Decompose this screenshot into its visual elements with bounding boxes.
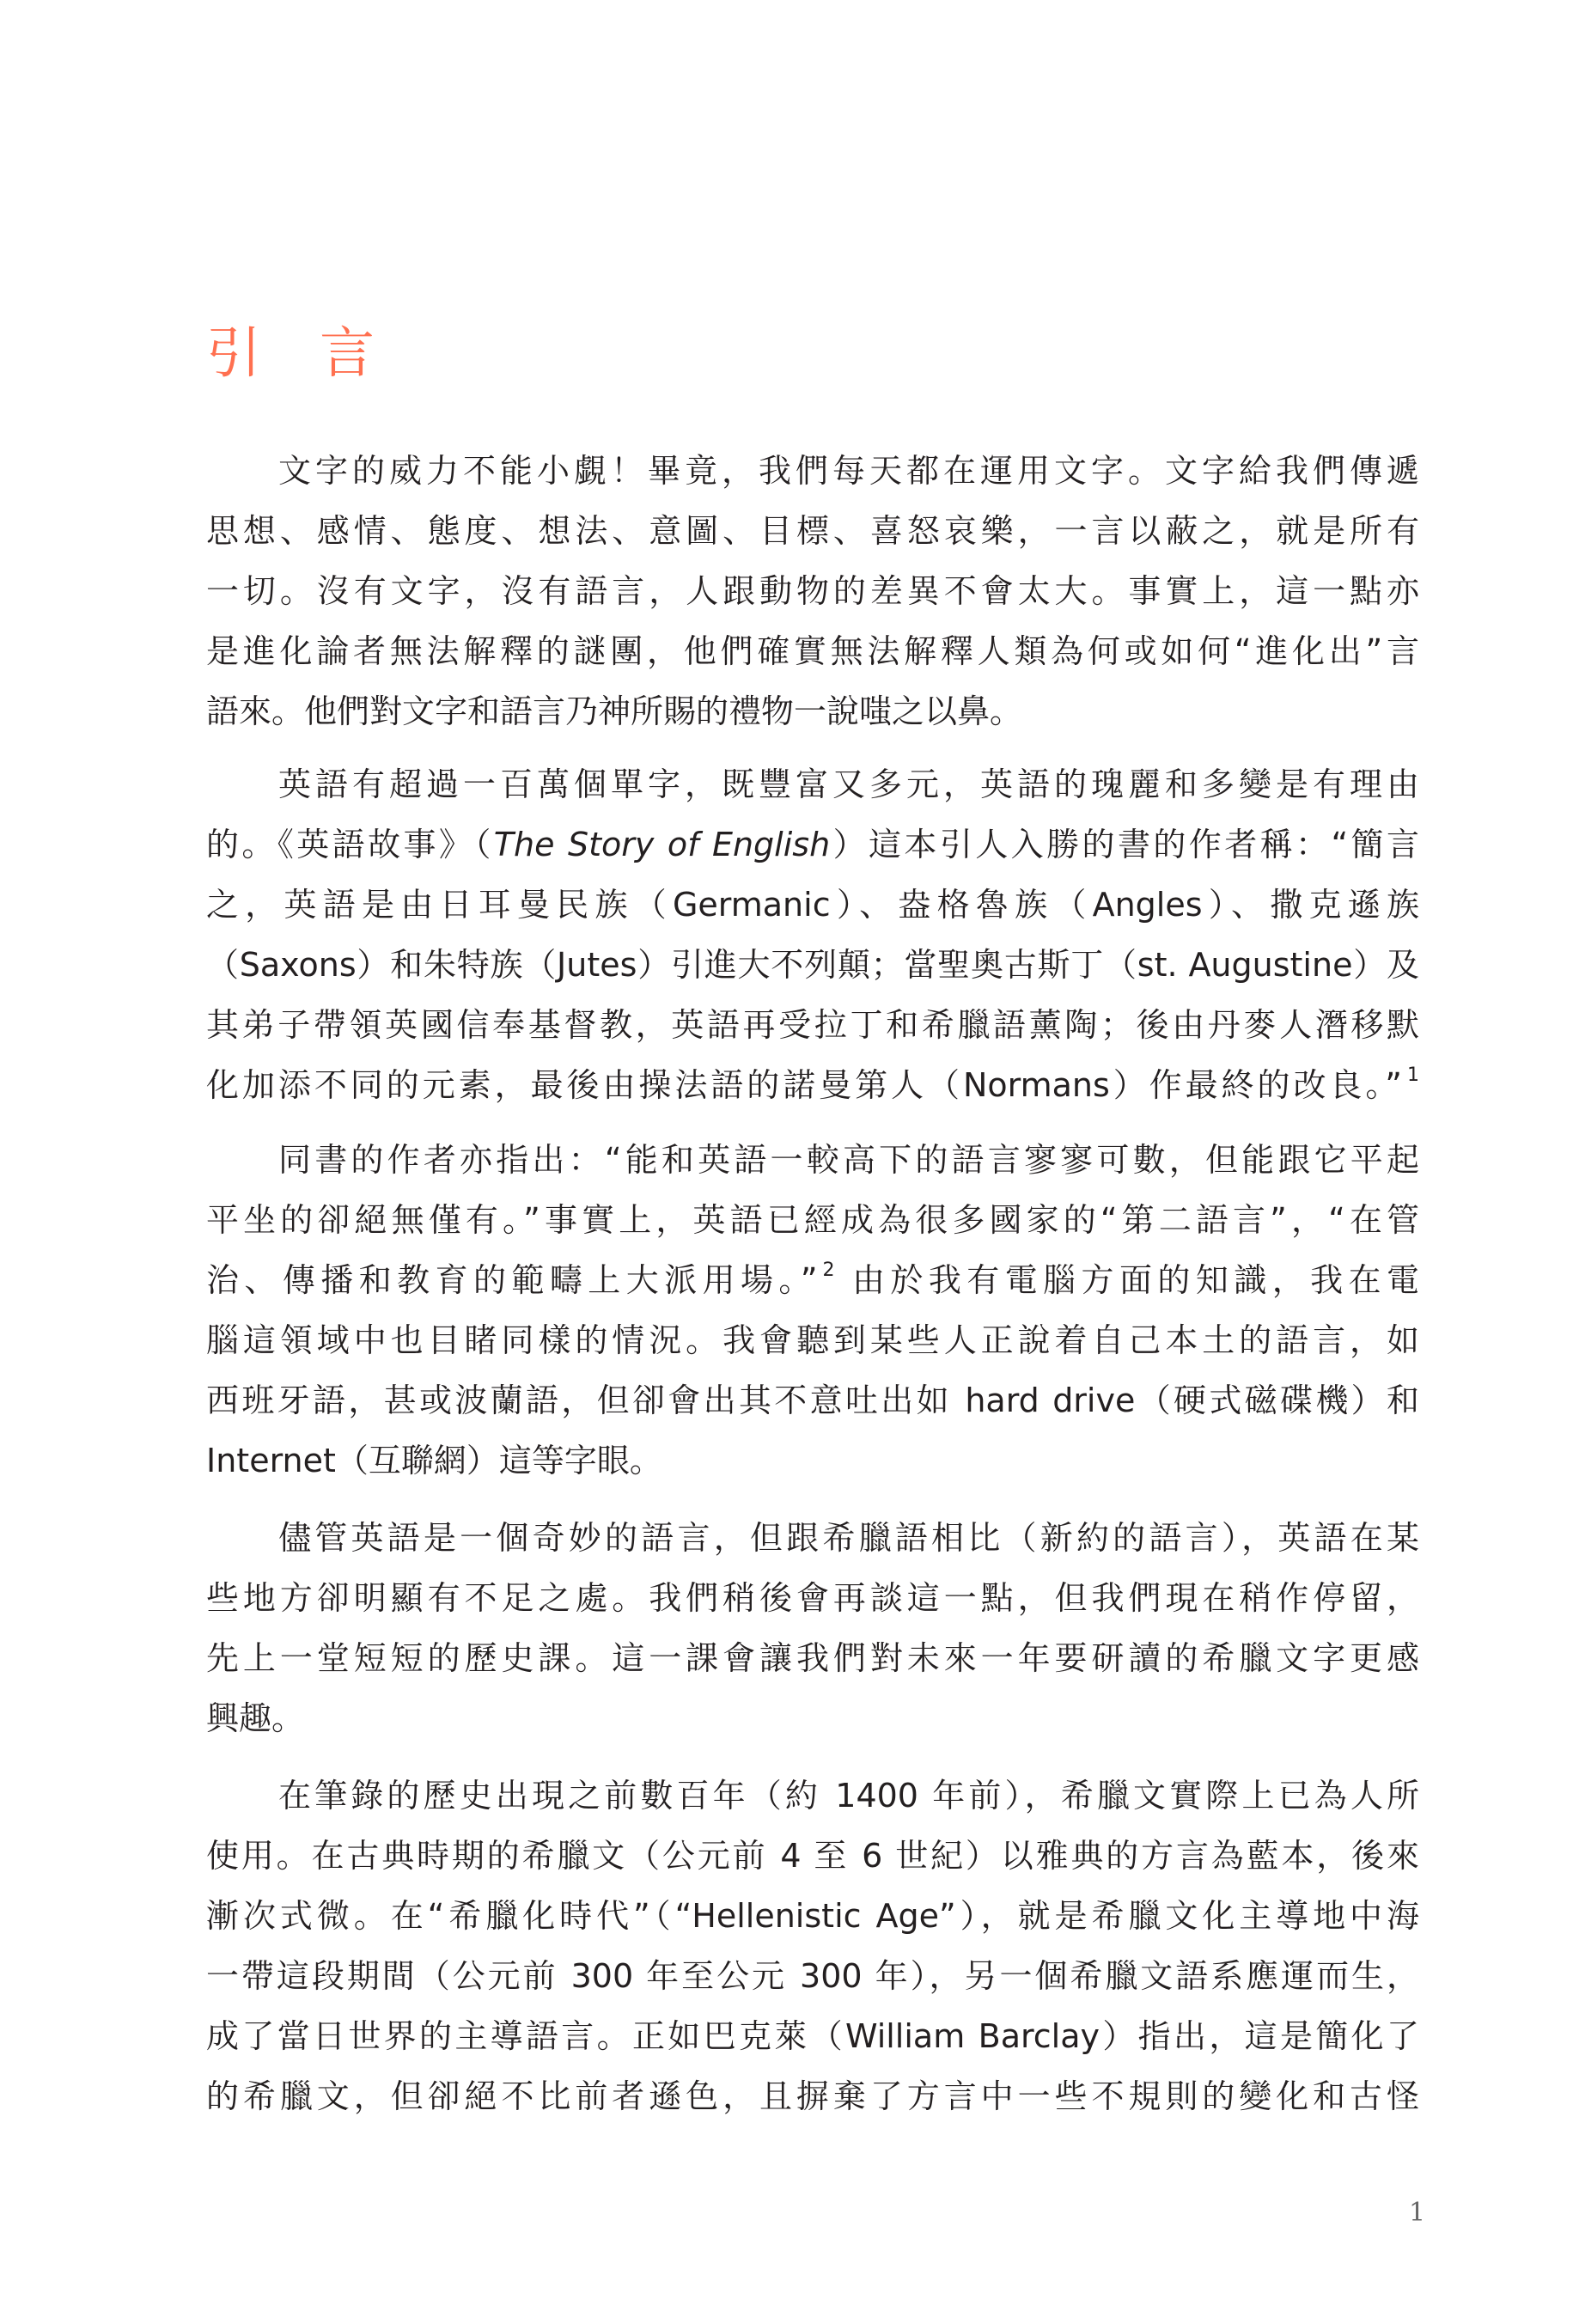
paragraph-3-line: 西班牙語，甚或波蘭語，但卻會出其不意吐出如 hard drive（硬式磁碟機）和 [206, 1370, 1419, 1430]
paragraph-2-line: （Saxons）和朱特族（Jutes）引進大不列顛；當聖奧古斯丁（st. Aug… [206, 935, 1419, 995]
paragraph-5-line: 在筆錄的歷史出現之前數百年（約 1400 年前），希臘文實際上已為人所 [206, 1766, 1419, 1826]
paragraph-3-line: 治、傳播和教育的範疇上大派用場。”2由於我有電腦方面的知識，我在電 [206, 1250, 1419, 1310]
title-char: 引 [206, 322, 320, 386]
page-number: 1 [1409, 2198, 1425, 2228]
text: ）這本引人入勝的書的作者稱：“簡言 [830, 826, 1419, 863]
paragraph-1-line: 一切。沒有文字，沒有語言，人跟動物的差異不會太大。事實上，這一點亦 [206, 561, 1419, 621]
paragraph-3-line: 同書的作者亦指出：“能和英語一較高下的語言寥寥可數，但能跟它平起 [206, 1130, 1419, 1190]
paragraph-3-line: 平坐的卻絕無僅有。”事實上，英語已經成為很多國家的“第二語言”，“在管 [206, 1190, 1419, 1250]
paragraph-4-line: 先上一堂短短的歷史課。這一課會讓我們對未來一年要研讀的希臘文字更感 [206, 1628, 1419, 1688]
title-char: 言 [320, 322, 433, 386]
paragraph-1-line: 是進化論者無法解釋的謎團，他們確實無法解釋人類為何或如何“進化出”言 [206, 621, 1419, 681]
paragraph-5-line: 漸次式微。在“希臘化時代”（“Hellenistic Age”），就是希臘文化主… [206, 1886, 1419, 1946]
text: 治、傳播和教育的範疇上大派用場。” [206, 1261, 818, 1299]
footnote-ref-2[interactable]: 2 [823, 1260, 835, 1281]
paragraph-4-line: 興趣。 [206, 1688, 1419, 1748]
paragraph-2-line: 之，英語是由日耳曼民族（Germanic）、盎格魯族（Angles）、撒克遜族 [206, 875, 1419, 935]
paragraph-3-line: Internet（互聯網）這等字眼。 [206, 1430, 1419, 1491]
paragraph-2-line: 化加添不同的元素，最後由操法語的諾曼第人（Normans）作最終的改良。”1 [206, 1055, 1419, 1115]
paragraph-5-line: 使用。在古典時期的希臘文（公元前 4 至 6 世紀）以雅典的方言為藍本，後來 [206, 1826, 1419, 1886]
paragraph-2-line: 的。《英語故事》（The Story of English）這本引人入勝的書的作… [206, 814, 1419, 875]
chapter-title: 引言 [206, 320, 433, 388]
paragraph-1-line: 語來。他們對文字和語言乃神所賜的禮物一說嗤之以鼻。 [206, 681, 1419, 741]
paragraph-5-line: 成了當日世界的主導語言。正如巴克萊（William Barclay）指出，這是簡… [206, 2006, 1419, 2066]
document-page: 引言 文字的威力不能小覷！畢竟，我們每天都在運用文字。文字給我們傳遞 思想、感情… [0, 0, 1573, 2324]
text: 化加添不同的元素，最後由操法語的諾曼第人（Normans）作最終的改良。” [206, 1066, 1402, 1104]
paragraph-1-line: 思想、感情、態度、想法、意圖、目標、喜怒哀樂，一言以蔽之，就是所有 [206, 501, 1419, 561]
paragraph-1-line: 文字的威力不能小覷！畢竟，我們每天都在運用文字。文字給我們傳遞 [206, 441, 1419, 501]
text: 的。《英語故事》（ [206, 826, 494, 863]
paragraph-5-line: 的希臘文，但卻絕不比前者遜色，且摒棄了方言中一些不規則的變化和古怪 [206, 2066, 1419, 2126]
footnote-ref-1[interactable]: 1 [1407, 1064, 1419, 1086]
paragraph-2-line: 英語有超過一百萬個單字，既豐富又多元，英語的瑰麗和多變是有理由 [206, 754, 1419, 814]
paragraph-5-line: 一帶這段期間（公元前 300 年至公元 300 年），另一個希臘文語系應運而生， [206, 1946, 1419, 2006]
paragraph-3-line: 腦這領域中也目睹同樣的情況。我會聽到某些人正說着自己本土的語言，如 [206, 1310, 1419, 1370]
paragraph-4-line: 儘管英語是一個奇妙的語言，但跟希臘語相比（新約的語言），英語在某 [206, 1508, 1419, 1568]
paragraph-4-line: 些地方卻明顯有不足之處。我們稍後會再談這一點，但我們現在稍作停留， [206, 1568, 1419, 1628]
paragraph-2-line: 其弟子帶領英國信奉基督教，英語再受拉丁和希臘語薰陶；後由丹麥人潛移默 [206, 995, 1419, 1055]
book-title-italic: The Story of English [494, 826, 830, 863]
text: 由於我有電腦方面的知識，我在電 [847, 1261, 1419, 1299]
